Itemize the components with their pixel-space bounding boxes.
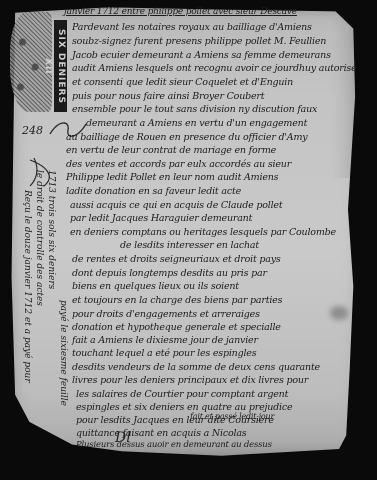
text-line: demeurant a Amiens en vertu d'un engagem…	[86, 118, 307, 129]
text-line: soubz-signez furent presens philippe pol…	[72, 36, 326, 47]
text-line: en vertu de leur contrat de mariage en f…	[66, 145, 276, 156]
stamp-text: SIX DENIERS XII	[54, 20, 67, 112]
text-line: touchant lequel a eté pour les espingles	[72, 348, 256, 359]
text-line: Philippe ledit Pollet en leur nom audit …	[66, 172, 278, 183]
text-line: ensemble pour le tout sans division ny d…	[72, 104, 317, 115]
paper-fold-shadow	[330, 18, 364, 178]
text-line: aussi acquis ce qui en acquis de Claude …	[70, 200, 282, 211]
ink-stain	[330, 306, 348, 320]
text-line: Pardevant les notaires royaux au baillia…	[72, 22, 312, 33]
text-line: donation et hypotheque generale et speci…	[72, 322, 281, 333]
text-line: quittance faisant en acquis a Nicolas	[76, 428, 246, 439]
text-line: ladite donation en sa faveur ledit acte	[66, 186, 241, 197]
margin-note: payé le sixiesme feuille	[58, 300, 68, 450]
folio-number: 248	[22, 124, 43, 137]
text-line: des ventes et accords par eulx accordés …	[66, 159, 291, 170]
text-line: fait et passé ledit jour	[190, 412, 274, 421]
text-line: de lesdits interesser en lachat	[120, 240, 259, 251]
text-line: Jacob ecuier demeurant a Amiens sa femme…	[72, 50, 331, 61]
text-line: en deniers comptans ou heritages lesquel…	[70, 227, 336, 238]
text-line: les salaires de Courtier pour comptant a…	[76, 389, 288, 400]
text-line: par ledit Jacques Haraguier demeurant	[70, 213, 252, 224]
signature: Dl	[115, 430, 131, 446]
text-line: biens en quelques lieux ou ils soient	[72, 281, 239, 292]
text-line: de rentes et droits seigneuriaux et droi…	[72, 254, 281, 265]
text-line: Plusieurs dessus auoir en demeurant au d…	[76, 440, 272, 450]
text-line: audit Amiens lesquels ont recognu avoir …	[72, 63, 357, 74]
header-line: janvier 1712 entre philippe pollet avec …	[64, 7, 297, 17]
text-line: dont depuis longtemps desdits au pris pa…	[72, 268, 267, 279]
text-line: et consenti que ledit sieur Coquelet et …	[72, 77, 293, 88]
text-line: pour droits d'engagements et arreraiges	[72, 309, 260, 320]
margin-note: 1713 trois sols six deniers	[46, 170, 56, 450]
text-line: fait a Amiens le dixiesme jour de janvie…	[72, 335, 258, 346]
text-line: au bailliage de Rouen en presence du off…	[66, 132, 307, 143]
flourish-icon	[26, 156, 62, 190]
fiscal-stamp: SIX DENIERS XII	[10, 12, 68, 112]
margin-note: le droit de controlle des actes	[34, 170, 44, 440]
text-line: et toujours en la charge des biens par p…	[72, 295, 282, 306]
text-line: livres pour les deniers principaux et di…	[72, 375, 308, 386]
text-line: desdits vendeurs de la somme de deux cen…	[72, 362, 320, 373]
text-line: puis pour nous faire ainsi Broyer Couber…	[72, 91, 264, 102]
margin-note: Reçu le douze janvier 1712 et a payé pou…	[22, 190, 32, 430]
